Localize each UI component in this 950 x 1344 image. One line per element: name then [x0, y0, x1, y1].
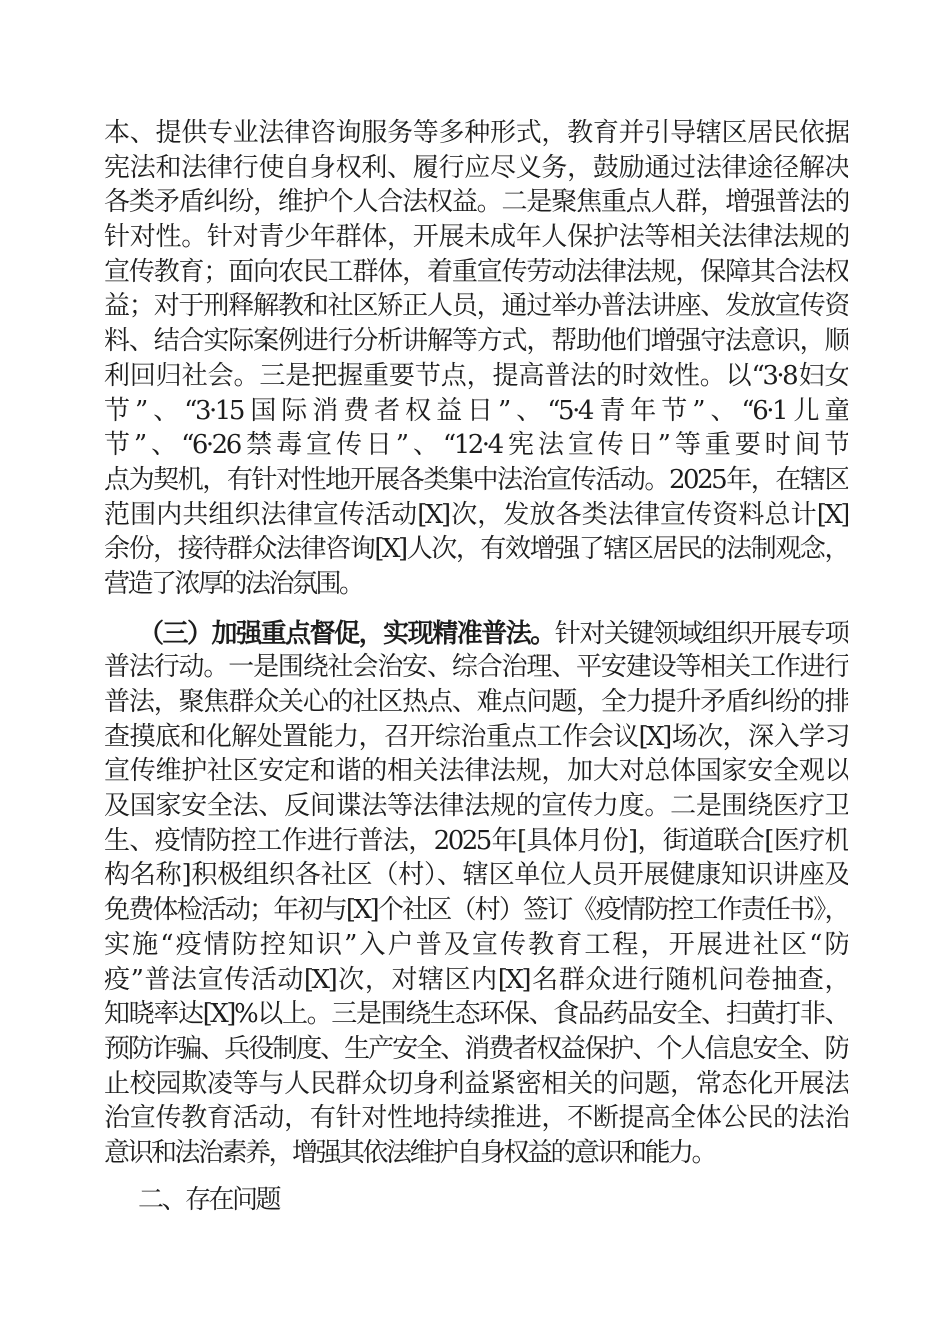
text-segment: 节”、“6·26禁毒宣传日”、“12·4宪法宣传日”等重要时间节 — [104, 430, 848, 460]
text-segment: 宪法和法律行使自身权利、履行应尽义务，鼓励通过法律途径解决 — [104, 153, 848, 183]
text-line: 预防诈骗、兵役制度、生产安全、消费者权益保护、个人信息安全、防 — [104, 1032, 848, 1067]
text-segment: 免费体检活动；年初与[X]个社区（村）签订《疫情防控工作责任书》， — [104, 895, 848, 925]
text-line: 止校园欺凌等与人民群众切身利益紧密相关的问题，常态化开展法 — [104, 1067, 848, 1102]
text-segment: 构名称]积极组织各社区（村）、辖区单位人员开展健康知识讲座及 — [104, 860, 848, 890]
document-page: 本、提供专业法律咨询服务等多种形式，教育并引导辖区居民依据宪法和法律行使自身权利… — [0, 0, 950, 1344]
text-line: 生、疫情防控工作进行普法，2025年[具体月份]，街道联合[医疗机 — [104, 824, 848, 859]
text-segment: 营造了浓厚的法治氛围。 — [104, 569, 363, 599]
document-body: 本、提供专业法律咨询服务等多种形式，教育并引导辖区居民依据宪法和法律行使自身权利… — [104, 116, 848, 1216]
text-line: 二、存在问题 — [104, 1182, 848, 1217]
text-segment: 料、结合实际案例进行分析讲解等方式，帮助他们增强守法意识，顺 — [104, 326, 848, 356]
text-line: 利回归社会。三是把握重要节点，提高普法的时效性。以“3·8妇女 — [104, 359, 848, 394]
text-line: 构名称]积极组织各社区（村）、辖区单位人员开展健康知识讲座及 — [104, 858, 848, 893]
paragraph-section-three: （三）加强重点督促，实现精准普法。针对关键领域组织开展专项普法行动。一是围绕社会… — [104, 616, 848, 1171]
text-segment: 查摸底和化解处置能力，召开综治重点工作会议[X]场次，深入学习 — [104, 722, 848, 752]
text-segment: 预防诈骗、兵役制度、生产安全、消费者权益保护、个人信息安全、防 — [104, 1034, 848, 1064]
text-segment: 针对性。针对青少年群体，开展未成年人保护法等相关法律法规的 — [104, 222, 848, 252]
text-segment: 普法，聚焦群众关心的社区热点、难点问题，全力提升矛盾纠纷的排 — [104, 687, 848, 717]
text-line: 点为契机，有针对性地开展各类集中法治宣传活动。2025年，在辖区 — [104, 463, 848, 498]
bold-text-segment: （三）加强重点督促，实现精准普法。 — [138, 618, 555, 648]
text-segment: 实施“疫情防控知识”入户普及宣传教育工程，开展进社区“防 — [104, 930, 848, 960]
text-line: 宪法和法律行使自身权利、履行应尽义务，鼓励通过法律途径解决 — [104, 151, 848, 186]
text-line: 普法，聚焦群众关心的社区热点、难点问题，全力提升矛盾纠纷的排 — [104, 685, 848, 720]
text-line: 意识和法治素养，增强其依法维护自身权益的意识和能力。 — [104, 1136, 848, 1171]
text-line: 知晓率达[X]%以上。三是围绕生态环保、食品药品安全、扫黄打非、 — [104, 997, 848, 1032]
text-line: 普法行动。一是围绕社会治安、综合治理、平安建设等相关工作进行 — [104, 650, 848, 685]
text-line: （三）加强重点督促，实现精准普法。针对关键领域组织开展专项 — [104, 616, 848, 651]
text-segment: 宣传维护社区安定和谐的相关法律法规，加大对总体国家安全观以 — [104, 756, 848, 786]
text-line: 免费体检活动；年初与[X]个社区（村）签订《疫情防控工作责任书》， — [104, 893, 848, 928]
text-line: 及国家安全法、反间谍法等法律法规的宣传力度。二是围绕医疗卫 — [104, 789, 848, 824]
text-line: 营造了浓厚的法治氛围。 — [104, 567, 848, 602]
text-line: 料、结合实际案例进行分析讲解等方式，帮助他们增强守法意识，顺 — [104, 324, 848, 359]
text-line: 各类矛盾纠纷，维护个人合法权益。二是聚焦重点人群，增强普法的 — [104, 185, 848, 220]
text-line: 实施“疫情防控知识”入户普及宣传教育工程，开展进社区“防 — [104, 928, 848, 963]
text-segment: 本、提供专业法律咨询服务等多种形式，教育并引导辖区居民依据 — [104, 118, 848, 148]
text-segment: 范围内共组织法律宣传活动[X]次，发放各类法律宣传资料总计[X] — [104, 500, 848, 530]
text-line: 宣传教育；面向农民工群体，着重宣传劳动法律法规，保障其合法权 — [104, 255, 848, 290]
text-segment: 宣传教育；面向农民工群体，着重宣传劳动法律法规，保障其合法权 — [104, 257, 848, 287]
text-segment: 生、疫情防控工作进行普法，2025年[具体月份]，街道联合[医疗机 — [104, 826, 848, 856]
text-line: 益；对于刑释解教和社区矫正人员，通过举办普法讲座、发放宣传资 — [104, 289, 848, 324]
text-segment: 及国家安全法、反间谍法等法律法规的宣传力度。二是围绕医疗卫 — [104, 791, 848, 821]
text-line: 本、提供专业法律咨询服务等多种形式，教育并引导辖区居民依据 — [104, 116, 848, 151]
text-line: 查摸底和化解处置能力，召开综治重点工作会议[X]场次，深入学习 — [104, 720, 848, 755]
text-line: 宣传维护社区安定和谐的相关法律法规，加大对总体国家安全观以 — [104, 754, 848, 789]
text-segment: 普法行动。一是围绕社会治安、综合治理、平安建设等相关工作进行 — [104, 652, 848, 682]
paragraph-continuation: 本、提供专业法律咨询服务等多种形式，教育并引导辖区居民依据宪法和法律行使自身权利… — [104, 116, 848, 602]
text-segment: 针对关键领域组织开展专项 — [555, 619, 848, 649]
text-line: 针对性。针对青少年群体，开展未成年人保护法等相关法律法规的 — [104, 220, 848, 255]
text-line: 余份，接待群众法律咨询[X]人次，有效增强了辖区居民的法制观念， — [104, 532, 848, 567]
text-segment: 节”、“3·15国际消费者权益日”、“5·4青年节”、“6·1儿童 — [104, 396, 848, 426]
text-line: 节”、“6·26禁毒宣传日”、“12·4宪法宣传日”等重要时间节 — [104, 428, 848, 463]
text-segment: 各类矛盾纠纷，维护个人合法权益。二是聚焦重点人群，增强普法的 — [104, 187, 848, 217]
text-line: 疫”普法宣传活动[X]次，对辖区内[X]名群众进行随机问卷抽查， — [104, 963, 848, 998]
text-segment: 利回归社会。三是把握重要节点，提高普法的时效性。以“3·8妇女 — [104, 361, 848, 391]
text-segment: 点为契机，有针对性地开展各类集中法治宣传活动。2025年，在辖区 — [104, 465, 848, 495]
text-segment: 疫”普法宣传活动[X]次，对辖区内[X]名群众进行随机问卷抽查， — [104, 965, 848, 995]
text-segment: 止校园欺凌等与人民群众切身利益紧密相关的问题，常态化开展法 — [104, 1069, 848, 1099]
section-heading-problems: 二、存在问题 — [104, 1182, 848, 1217]
text-line: 范围内共组织法律宣传活动[X]次，发放各类法律宣传资料总计[X] — [104, 498, 848, 533]
text-segment: 意识和法治素养，增强其依法维护自身权益的意识和能力。 — [104, 1138, 715, 1168]
text-line: 节”、“3·15国际消费者权益日”、“5·4青年节”、“6·1儿童 — [104, 394, 848, 429]
text-segment: 二、存在问题 — [138, 1184, 279, 1214]
text-segment: 益；对于刑释解教和社区矫正人员，通过举办普法讲座、发放宣传资 — [104, 291, 848, 321]
text-segment: 治宣传教育活动，有针对性地持续推进，不断提高全体公民的法治 — [104, 1103, 848, 1133]
text-segment: 知晓率达[X]%以上。三是围绕生态环保、食品药品安全、扫黄打非、 — [104, 999, 848, 1029]
text-segment: 余份，接待群众法律咨询[X]人次，有效增强了辖区居民的法制观念， — [104, 534, 848, 564]
text-line: 治宣传教育活动，有针对性地持续推进，不断提高全体公民的法治 — [104, 1101, 848, 1136]
